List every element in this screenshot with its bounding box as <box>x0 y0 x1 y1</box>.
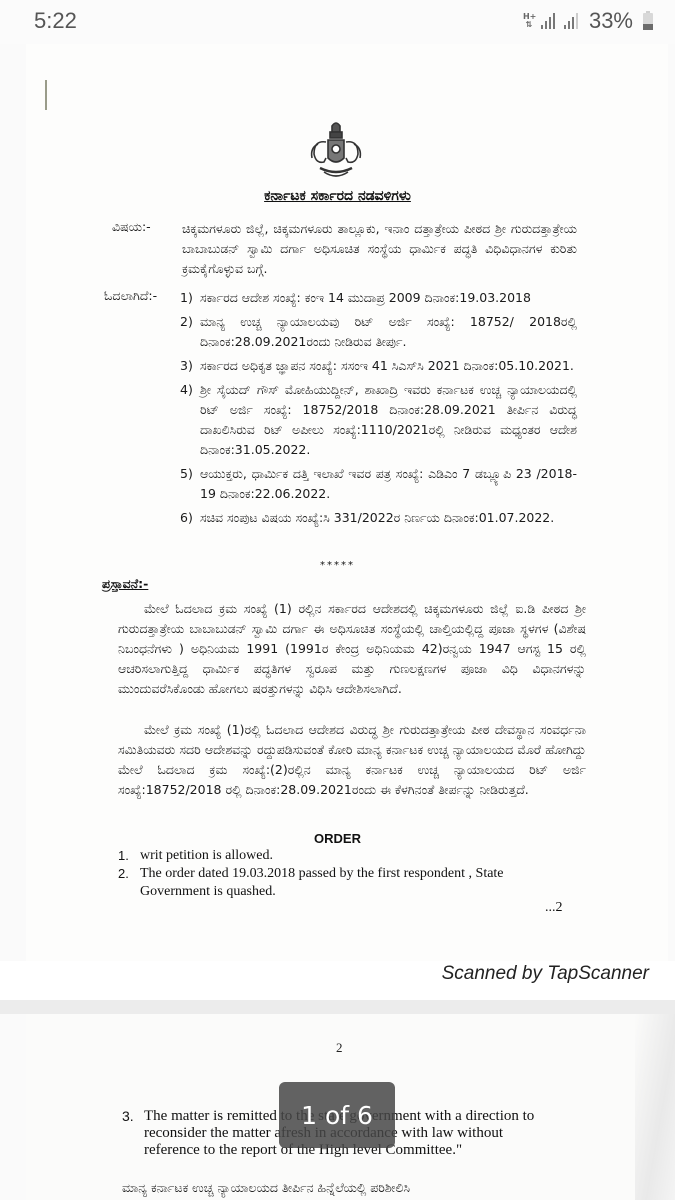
status-time: 5:22 <box>34 8 77 34</box>
signal-icon <box>541 13 555 29</box>
continuation-mark: ...2 <box>545 900 563 916</box>
reference-item: 3)ಸರ್ಕಾರದ ಅಧಿಕೃತ ಜ್ಞಾಪನ ಸಂಖ್ಯೆ: ಸಸಂಇ 41 … <box>182 356 577 376</box>
subject-label: ವಿಷಯ:- <box>112 219 151 235</box>
page-number: 2 <box>336 1040 343 1056</box>
page-divider <box>0 1000 675 1014</box>
page-indicator: 1 of 6 <box>279 1082 395 1148</box>
references-list: 1)ಸರ್ಕಾರದ ಆದೇಶ ಸಂಖ್ಯೆ: ಕಂಇ 14 ಮುದಾಪ್ರ 20… <box>182 288 577 532</box>
reference-item: 4)ಶ್ರೀ ಸೈಯದ್ ಗೌಸ್ ಮೋಹಿಯುದ್ದೀನ್, ಶಾಖಾದ್ರಿ… <box>182 380 577 460</box>
order-title: ORDER <box>0 831 675 846</box>
subject-text: ಚಿಕ್ಕಮಗಳೂರು ಜಿಲ್ಲೆ, ಚಿಕ್ಕಮಗಳೂರು ತಾಲ್ಲೂಕು… <box>182 219 577 279</box>
status-bar: 5:22 H+⇅ 33% <box>0 0 675 44</box>
references-label: ಓದಲಾಗಿದೆ:- <box>104 288 157 304</box>
reference-item: 2)ಮಾನ್ಯ ಉಚ್ಚ ನ್ಯಾಯಾಲಯವು ರಿಟ್ ಅರ್ಜಿ ಸಂಖ್ಯ… <box>182 312 577 352</box>
order-item: 2.The order dated 19.03.2018 passed by t… <box>118 865 558 901</box>
document-heading: ಕರ್ನಾಟಕ ಸರ್ಕಾರದ ನಡವಳಿಗಳು <box>0 188 675 204</box>
status-icons: H+⇅ 33% <box>523 8 653 34</box>
reference-item: 1)ಸರ್ಕಾರದ ಆದೇಶ ಸಂಖ್ಯೆ: ಕಂಇ 14 ಮುದಾಪ್ರ 20… <box>182 288 577 308</box>
preamble-paragraph: ಮೇಲೆ ಓದಲಾದ ಕ್ರಮ ಸಂಖ್ಯೆ (1) ರಲ್ಲಿನ ಸರ್ಕಾರ… <box>118 599 586 699</box>
network-hplus-icon: H+⇅ <box>523 13 535 29</box>
preamble-paragraph: ಮೇಲೆ ಕ್ರಮ ಸಂಖ್ಯೆ (1)ರಲ್ಲಿ ಓದಲಾದ ಆದೇಶದ ವಿ… <box>118 720 586 800</box>
signal-icon <box>564 13 578 29</box>
page-curl-shadow <box>635 1014 675 1200</box>
page2-paragraph: ಮಾನ್ಯ ಕರ್ನಾಟಕ ಉಚ್ಚ ನ್ಯಾಯಾಲಯದ ತೀರ್ಪಿನ ಹಿನ… <box>122 1178 592 1198</box>
reference-item: 5)ಆಯುಕ್ತರು, ಧಾರ್ಮಿಕ ದತ್ತಿ ಇಲಾಖೆ ಇವರ ಪತ್ರ… <box>182 464 577 504</box>
scanner-watermark: Scanned by TapScanner <box>442 963 649 985</box>
order-item: 1.writ petition is allowed. <box>118 847 558 865</box>
battery-icon <box>643 13 653 30</box>
battery-percent: 33% <box>589 8 633 34</box>
margin-mark <box>45 80 47 110</box>
order-list: 1.writ petition is allowed. 2.The order … <box>118 847 558 901</box>
section-separator: ***** <box>0 560 675 571</box>
preamble-title: ಪ್ರಸ್ತಾವನೆ:- <box>102 576 148 592</box>
state-emblem-icon <box>306 118 366 182</box>
reference-item: 6)ಸಚಿವ ಸಂಪುಟ ವಿಷಯ ಸಂಖ್ಯೆ:ಸಿ 331/2022ರ ನಿ… <box>182 508 577 528</box>
